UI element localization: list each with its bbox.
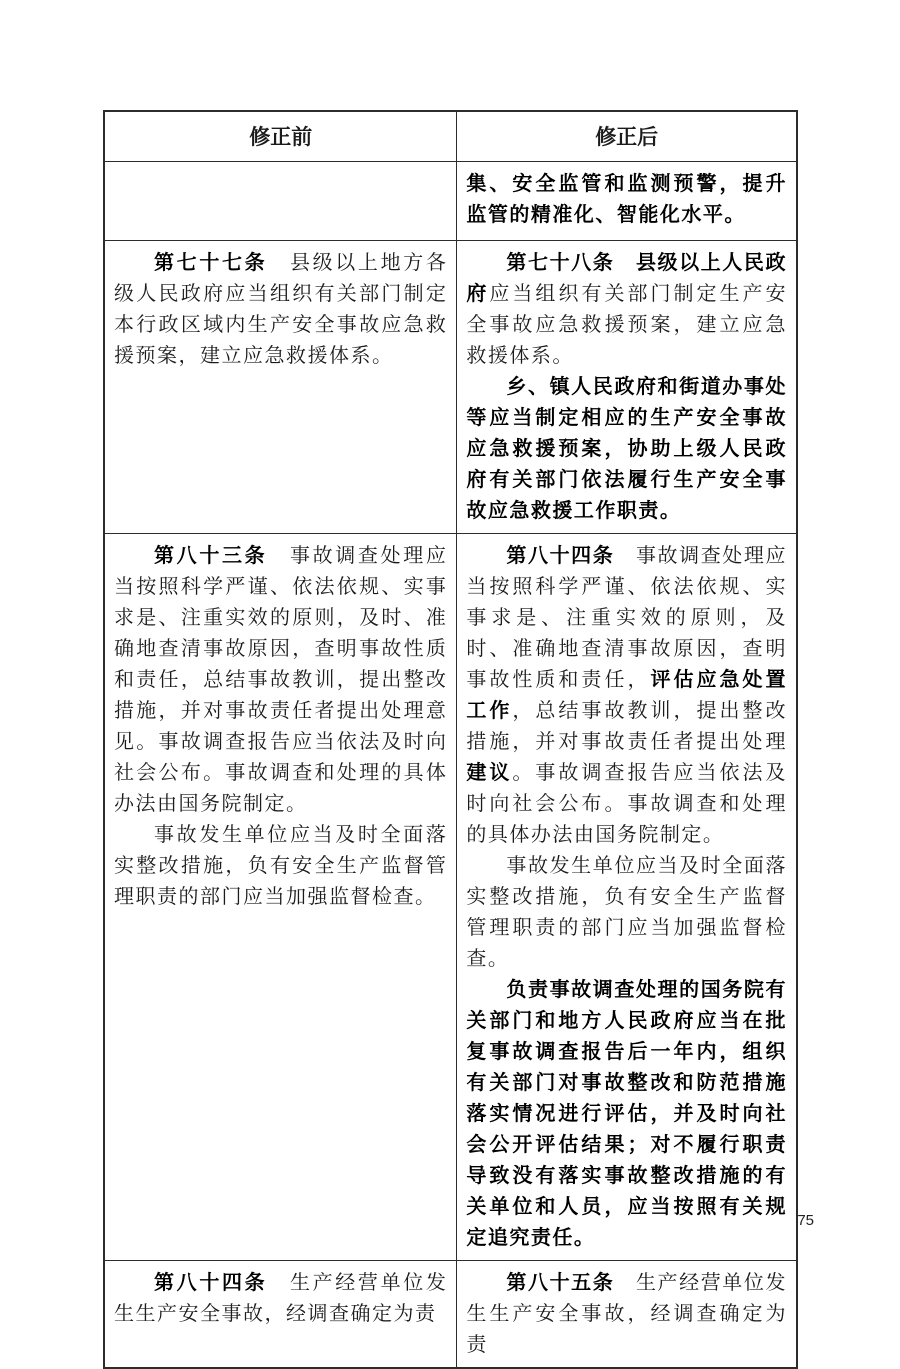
cell-after: 第七十八条 县级以上人民政府应当组织有关部门制定生产安全事故应急救援预案，建立应… bbox=[457, 241, 796, 533]
paragraph: 第七十八条 县级以上人民政府应当组织有关部门制定生产安全事故应急救援预案，建立应… bbox=[466, 248, 787, 372]
table-row: 第七十七条 县级以上地方各级人民政府应当组织有关部门制定本行政区域内生产安全事故… bbox=[105, 240, 796, 533]
text-segment: ，总结事故教训，提出整改措施，并对事故责任者提出处理 bbox=[466, 700, 787, 753]
text-segment: 应当组织有关部门制定生产安全事故应急救援预案，建立应急救援体系。 bbox=[466, 283, 787, 367]
paragraph: 事故发生单位应当及时全面落实整改措施，负有安全生产监督管理职责的部门应当加强监督… bbox=[114, 820, 447, 913]
bold-text-segment: 负责事故调查处理的国务院有关部门和地方人民政府应当在批复事故调查报告后一年内，组… bbox=[466, 979, 787, 1249]
bold-text-segment: 建议 bbox=[466, 762, 512, 784]
bold-text-segment: 集、安全监管和监测预警，提升监管的精准化、智能化水平。 bbox=[466, 173, 787, 226]
header-before: 修正前 bbox=[105, 112, 457, 161]
text-segment: 事故发生单位应当及时全面落实整改措施，负有安全生产监督管理职责的部门应当加强监督… bbox=[466, 855, 787, 970]
paragraph: 事故发生单位应当及时全面落实整改措施，负有安全生产监督管理职责的部门应当加强监督… bbox=[466, 851, 787, 975]
table-header-row: 修正前 修正后 bbox=[105, 112, 796, 161]
table-row: 第八十三条 事故调查处理应当按照科学严谨、依法依规、实事求是、注重实效的原则，及… bbox=[105, 533, 796, 1260]
bold-text-segment: 乡、镇人民政府和街道办事处等应当制定相应的生产安全事故应急救援预案，协助上级人民… bbox=[466, 376, 787, 522]
amendment-comparison-table: 修正前 修正后 集、安全监管和监测预警，提升监管的精准化、智能化水平。第七十七条… bbox=[103, 110, 798, 1369]
bold-text-segment: 第八十四条 bbox=[506, 545, 636, 567]
paragraph: 乡、镇人民政府和街道办事处等应当制定相应的生产安全事故应急救援预案，协助上级人民… bbox=[466, 372, 787, 527]
paragraph: 集、安全监管和监测预警，提升监管的精准化、智能化水平。 bbox=[466, 169, 787, 231]
paragraph: 第八十三条 事故调查处理应当按照科学严谨、依法依规、实事求是、注重实效的原则，及… bbox=[114, 541, 447, 820]
paragraph: 第七十七条 县级以上地方各级人民政府应当组织有关部门制定本行政区域内生产安全事故… bbox=[114, 248, 447, 372]
paragraph: 负责事故调查处理的国务院有关部门和地方人民政府应当在批复事故调查报告后一年内，组… bbox=[466, 975, 787, 1254]
cell-before: 第八十四条 生产经营单位发生生产安全事故，经调查确定为责 bbox=[105, 1261, 457, 1367]
table-body: 集、安全监管和监测预警，提升监管的精准化、智能化水平。第七十七条 县级以上地方各… bbox=[105, 161, 796, 1367]
bold-text-segment: 第八十五条 bbox=[506, 1272, 636, 1294]
table-row: 集、安全监管和监测预警，提升监管的精准化、智能化水平。 bbox=[105, 161, 796, 240]
text-segment: 。事故调查报告应当依法及时向社会公布。事故调查和处理的具体办法由国务院制定。 bbox=[466, 762, 787, 846]
cell-after: 第八十五条 生产经营单位发生生产安全事故，经调查确定为责 bbox=[457, 1261, 796, 1367]
bold-text-segment: 第八十四条 bbox=[154, 1272, 290, 1294]
cell-after: 第八十四条 事故调查处理应当按照科学严谨、依法依规、实事求是、注重实效的原则，及… bbox=[457, 534, 796, 1260]
text-segment: 事故发生单位应当及时全面落实整改措施，负有安全生产监督管理职责的部门应当加强监督… bbox=[114, 824, 447, 908]
page-number: 75 bbox=[797, 1212, 814, 1229]
paragraph: 第八十四条 事故调查处理应当按照科学严谨、依法依规、实事求是、注重实效的原则，及… bbox=[466, 541, 787, 851]
bold-text-segment: 第八十三条 bbox=[154, 545, 290, 567]
bold-text-segment: 第七十七条 bbox=[154, 252, 290, 274]
table-row: 第八十四条 生产经营单位发生生产安全事故，经调查确定为责第八十五条 生产经营单位… bbox=[105, 1260, 796, 1367]
paragraph: 第八十四条 生产经营单位发生生产安全事故，经调查确定为责 bbox=[114, 1268, 447, 1330]
text-segment: 事故调查处理应当按照科学严谨、依法依规、实事求是、注重实效的原则，及时、准确地查… bbox=[114, 545, 447, 815]
header-after: 修正后 bbox=[457, 112, 796, 161]
cell-before bbox=[105, 162, 457, 240]
paragraph: 第八十五条 生产经营单位发生生产安全事故，经调查确定为责 bbox=[466, 1268, 787, 1361]
cell-before: 第八十三条 事故调查处理应当按照科学严谨、依法依规、实事求是、注重实效的原则，及… bbox=[105, 534, 457, 1260]
cell-before: 第七十七条 县级以上地方各级人民政府应当组织有关部门制定本行政区域内生产安全事故… bbox=[105, 241, 457, 533]
cell-after: 集、安全监管和监测预警，提升监管的精准化、智能化水平。 bbox=[457, 162, 796, 240]
